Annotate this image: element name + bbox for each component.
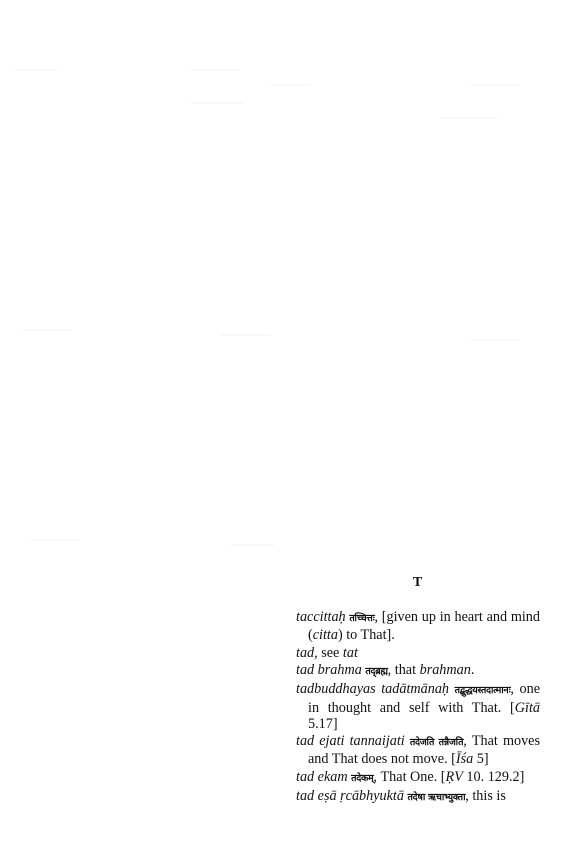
entry-devanagari: तदेषा ऋचाभ्युक्ता bbox=[408, 792, 466, 803]
entry-headword: tadbuddhayas tadātmānaḥ bbox=[296, 681, 449, 697]
entry-italic-term: tat bbox=[343, 645, 358, 661]
entry-definition-text: 10. 129.2] bbox=[463, 769, 524, 785]
entry-devanagari: तद्बुद्धयस्तदात्मानः bbox=[455, 685, 511, 696]
entry-italic-term: Īśa bbox=[456, 751, 473, 767]
entry-devanagari: तदेकम् bbox=[351, 773, 373, 784]
glossary-entry: tadbuddhayas tadātmānaḥ तद्बुद्धयस्तदात्… bbox=[296, 681, 540, 732]
entry-definition-text: , see bbox=[314, 645, 343, 661]
glossary-entry: tad ejati tannaijati तदेजति तन्नैजति, Th… bbox=[296, 733, 540, 767]
entry-headword: taccittaḥ bbox=[296, 609, 346, 625]
entry-italic-term: citta bbox=[313, 627, 338, 643]
entry-italic-term: brahman bbox=[420, 662, 471, 678]
entry-headword: tad bbox=[296, 645, 314, 661]
glossary-entry: tad eṣā ṛcābhyuktā तदेषा ऋचाभ्युक्ता, th… bbox=[296, 788, 540, 806]
glossary-entry: tad, see tat bbox=[296, 645, 540, 661]
section-letter-heading: T bbox=[296, 575, 539, 591]
entry-definition-text: . bbox=[471, 662, 475, 678]
entry-devanagari: तद्ब्रह्म bbox=[365, 666, 387, 677]
glossary-entry: tad ekam तदेकम्, That One. [ṚV 10. 129.2… bbox=[296, 769, 540, 787]
entry-headword: tad eṣā ṛcābhyuktā bbox=[296, 788, 404, 804]
entry-italic-term: ṚV bbox=[446, 769, 463, 785]
entry-definition-text: ) to That]. bbox=[338, 627, 395, 643]
entry-definition-text: 5.17] bbox=[308, 716, 338, 732]
entry-definition-text: , that bbox=[388, 662, 420, 678]
entry-devanagari: तदेजति तन्नैजति bbox=[410, 737, 463, 748]
glossary-entries: taccittaḥ तच्चित्तः, [given up in heart … bbox=[296, 609, 540, 806]
entry-devanagari: तच्चित्तः bbox=[349, 613, 374, 624]
entry-italic-term: Gītā bbox=[515, 700, 540, 716]
glossary-entry: tad brahma तद्ब्रह्म, that brahman. bbox=[296, 662, 540, 680]
glossary-entry: taccittaḥ तच्चित्तः, [given up in heart … bbox=[296, 609, 540, 643]
entry-headword: tad brahma bbox=[296, 662, 362, 678]
entry-definition-text: , That One. [ bbox=[373, 769, 445, 785]
entry-definition-text: , this is bbox=[465, 788, 506, 804]
entry-definition-text: 5] bbox=[473, 751, 488, 767]
entry-headword: tad ejati tannaijati bbox=[296, 733, 405, 749]
entry-headword: tad ekam bbox=[296, 769, 348, 785]
